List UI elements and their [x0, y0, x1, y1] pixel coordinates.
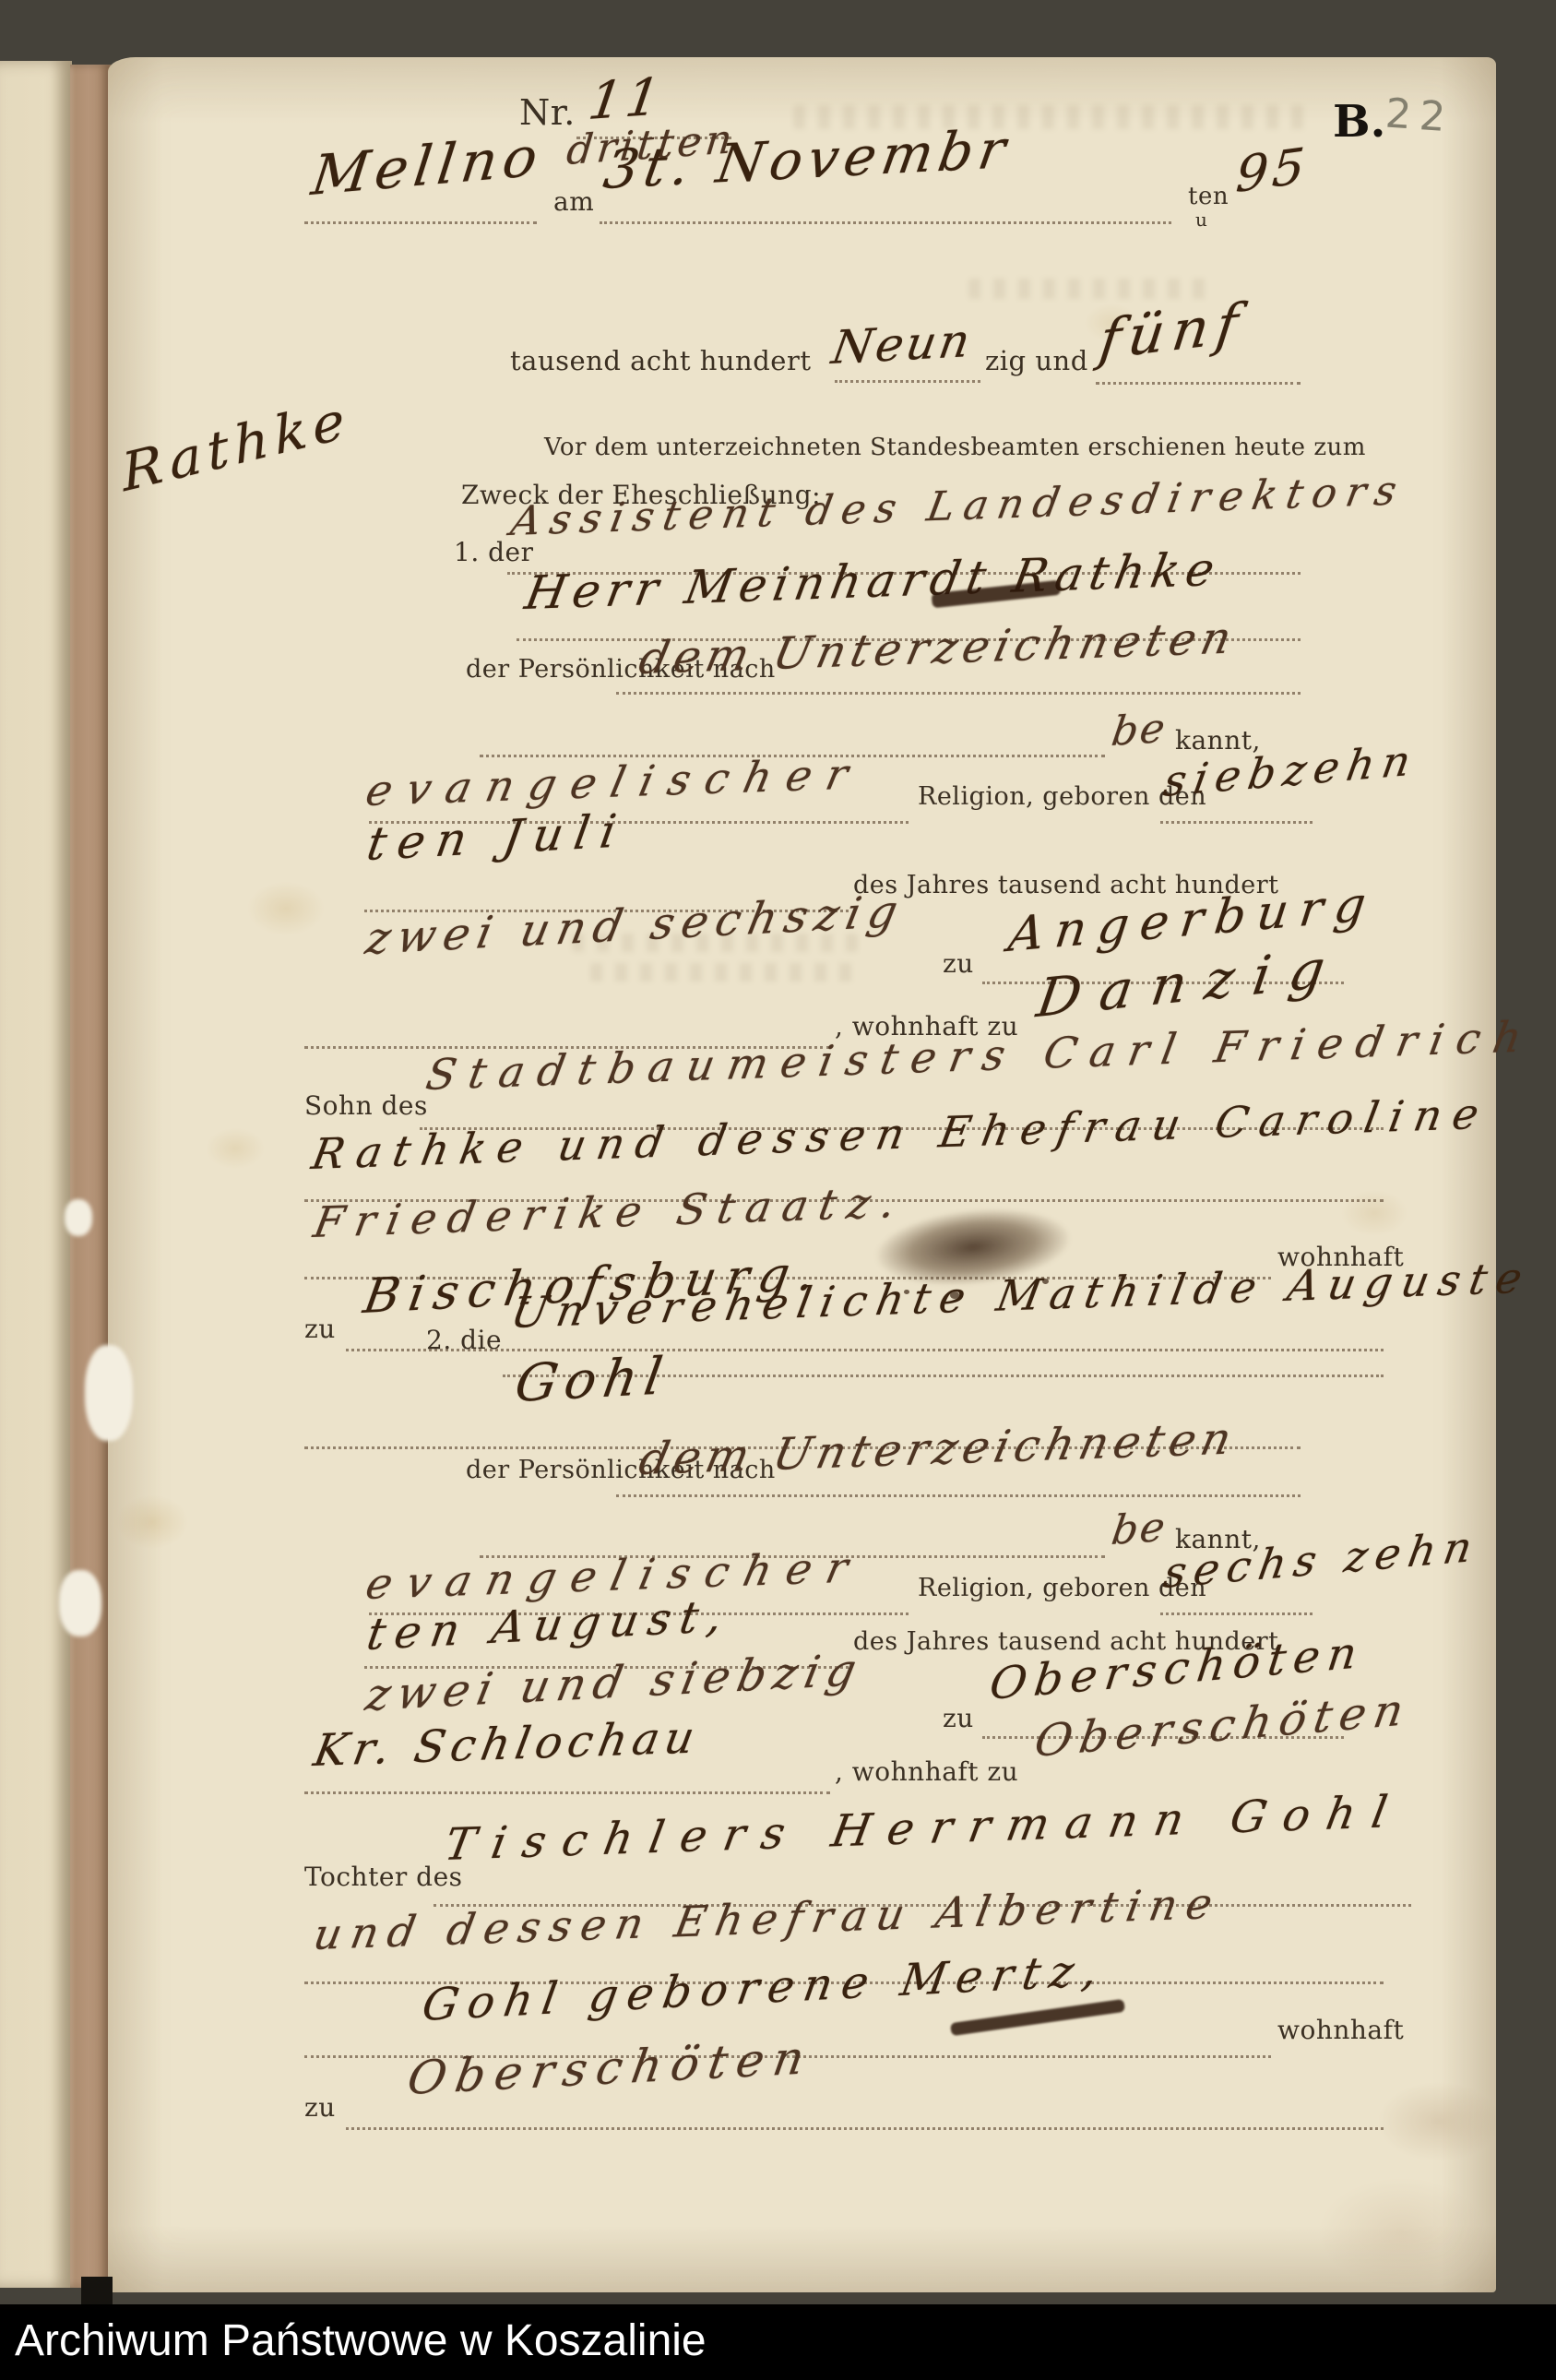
bride-zu2-label: zu	[304, 2092, 336, 2123]
ten-sub-label: u	[1195, 208, 1207, 231]
bride-surname: Gohl	[511, 1346, 673, 1414]
dotted-line	[616, 1494, 1301, 1497]
paper-damage	[65, 1199, 92, 1236]
dotted-line	[1160, 821, 1313, 824]
archive-caption: Archiwum Państwowe w Koszalinie	[15, 2315, 707, 2366]
bride-zu-label: zu	[943, 1703, 974, 1733]
groom-known-prefix: be	[1109, 705, 1170, 756]
paper-damage	[85, 1345, 133, 1441]
archive-stamp-letter: B.	[1333, 96, 1385, 148]
groom-zu-label: zu	[943, 948, 974, 979]
bride-parent-label: Tochter des	[304, 1862, 463, 1892]
dotted-line	[1096, 382, 1301, 385]
bride-wohnhaft2-label: wohnhaft	[1277, 2015, 1404, 2045]
archive-caption-bar: Archiwum Państwowe w Koszalinie	[0, 2304, 1556, 2380]
archival-document-scan: B. 22 Rathke Nr. 11 dritten Mellno am 3t…	[0, 0, 1556, 2380]
binding-shadow	[81, 2277, 113, 2306]
pencil-page-number: 22	[1384, 89, 1455, 141]
bride-item-label: 2. die	[426, 1325, 502, 1355]
ten-label: ten	[1188, 183, 1229, 210]
thousand-label: tausend acht hundert	[510, 345, 811, 376]
dotted-line	[304, 1791, 830, 1794]
groom-parent-label: Sohn des	[304, 1090, 428, 1121]
bleed-through-text	[968, 279, 1208, 299]
intro-line: Vor dem unterzeichneten Standesbeamten e…	[544, 434, 1366, 461]
dotted-line	[304, 221, 537, 224]
dotted-line	[600, 221, 1171, 224]
groom-zu2-label: zu	[304, 1314, 336, 1344]
am-label: am	[553, 186, 594, 217]
bleed-through-text	[590, 963, 858, 982]
paper-damage	[59, 1570, 101, 1636]
dotted-line	[346, 2127, 1384, 2130]
dotted-line	[616, 692, 1301, 695]
bride-known-prefix: be	[1109, 1504, 1170, 1554]
year-tens: Neun	[828, 314, 976, 375]
binding-tape	[70, 65, 111, 2288]
zig-und-label: zig und	[985, 345, 1088, 376]
year-short: 95	[1234, 137, 1311, 204]
bride-wohnhaft-label: , wohnhaft zu	[835, 1756, 1018, 1787]
dotted-line	[835, 380, 980, 383]
dotted-line	[1160, 1612, 1313, 1615]
previous-page-edge	[0, 61, 72, 2288]
